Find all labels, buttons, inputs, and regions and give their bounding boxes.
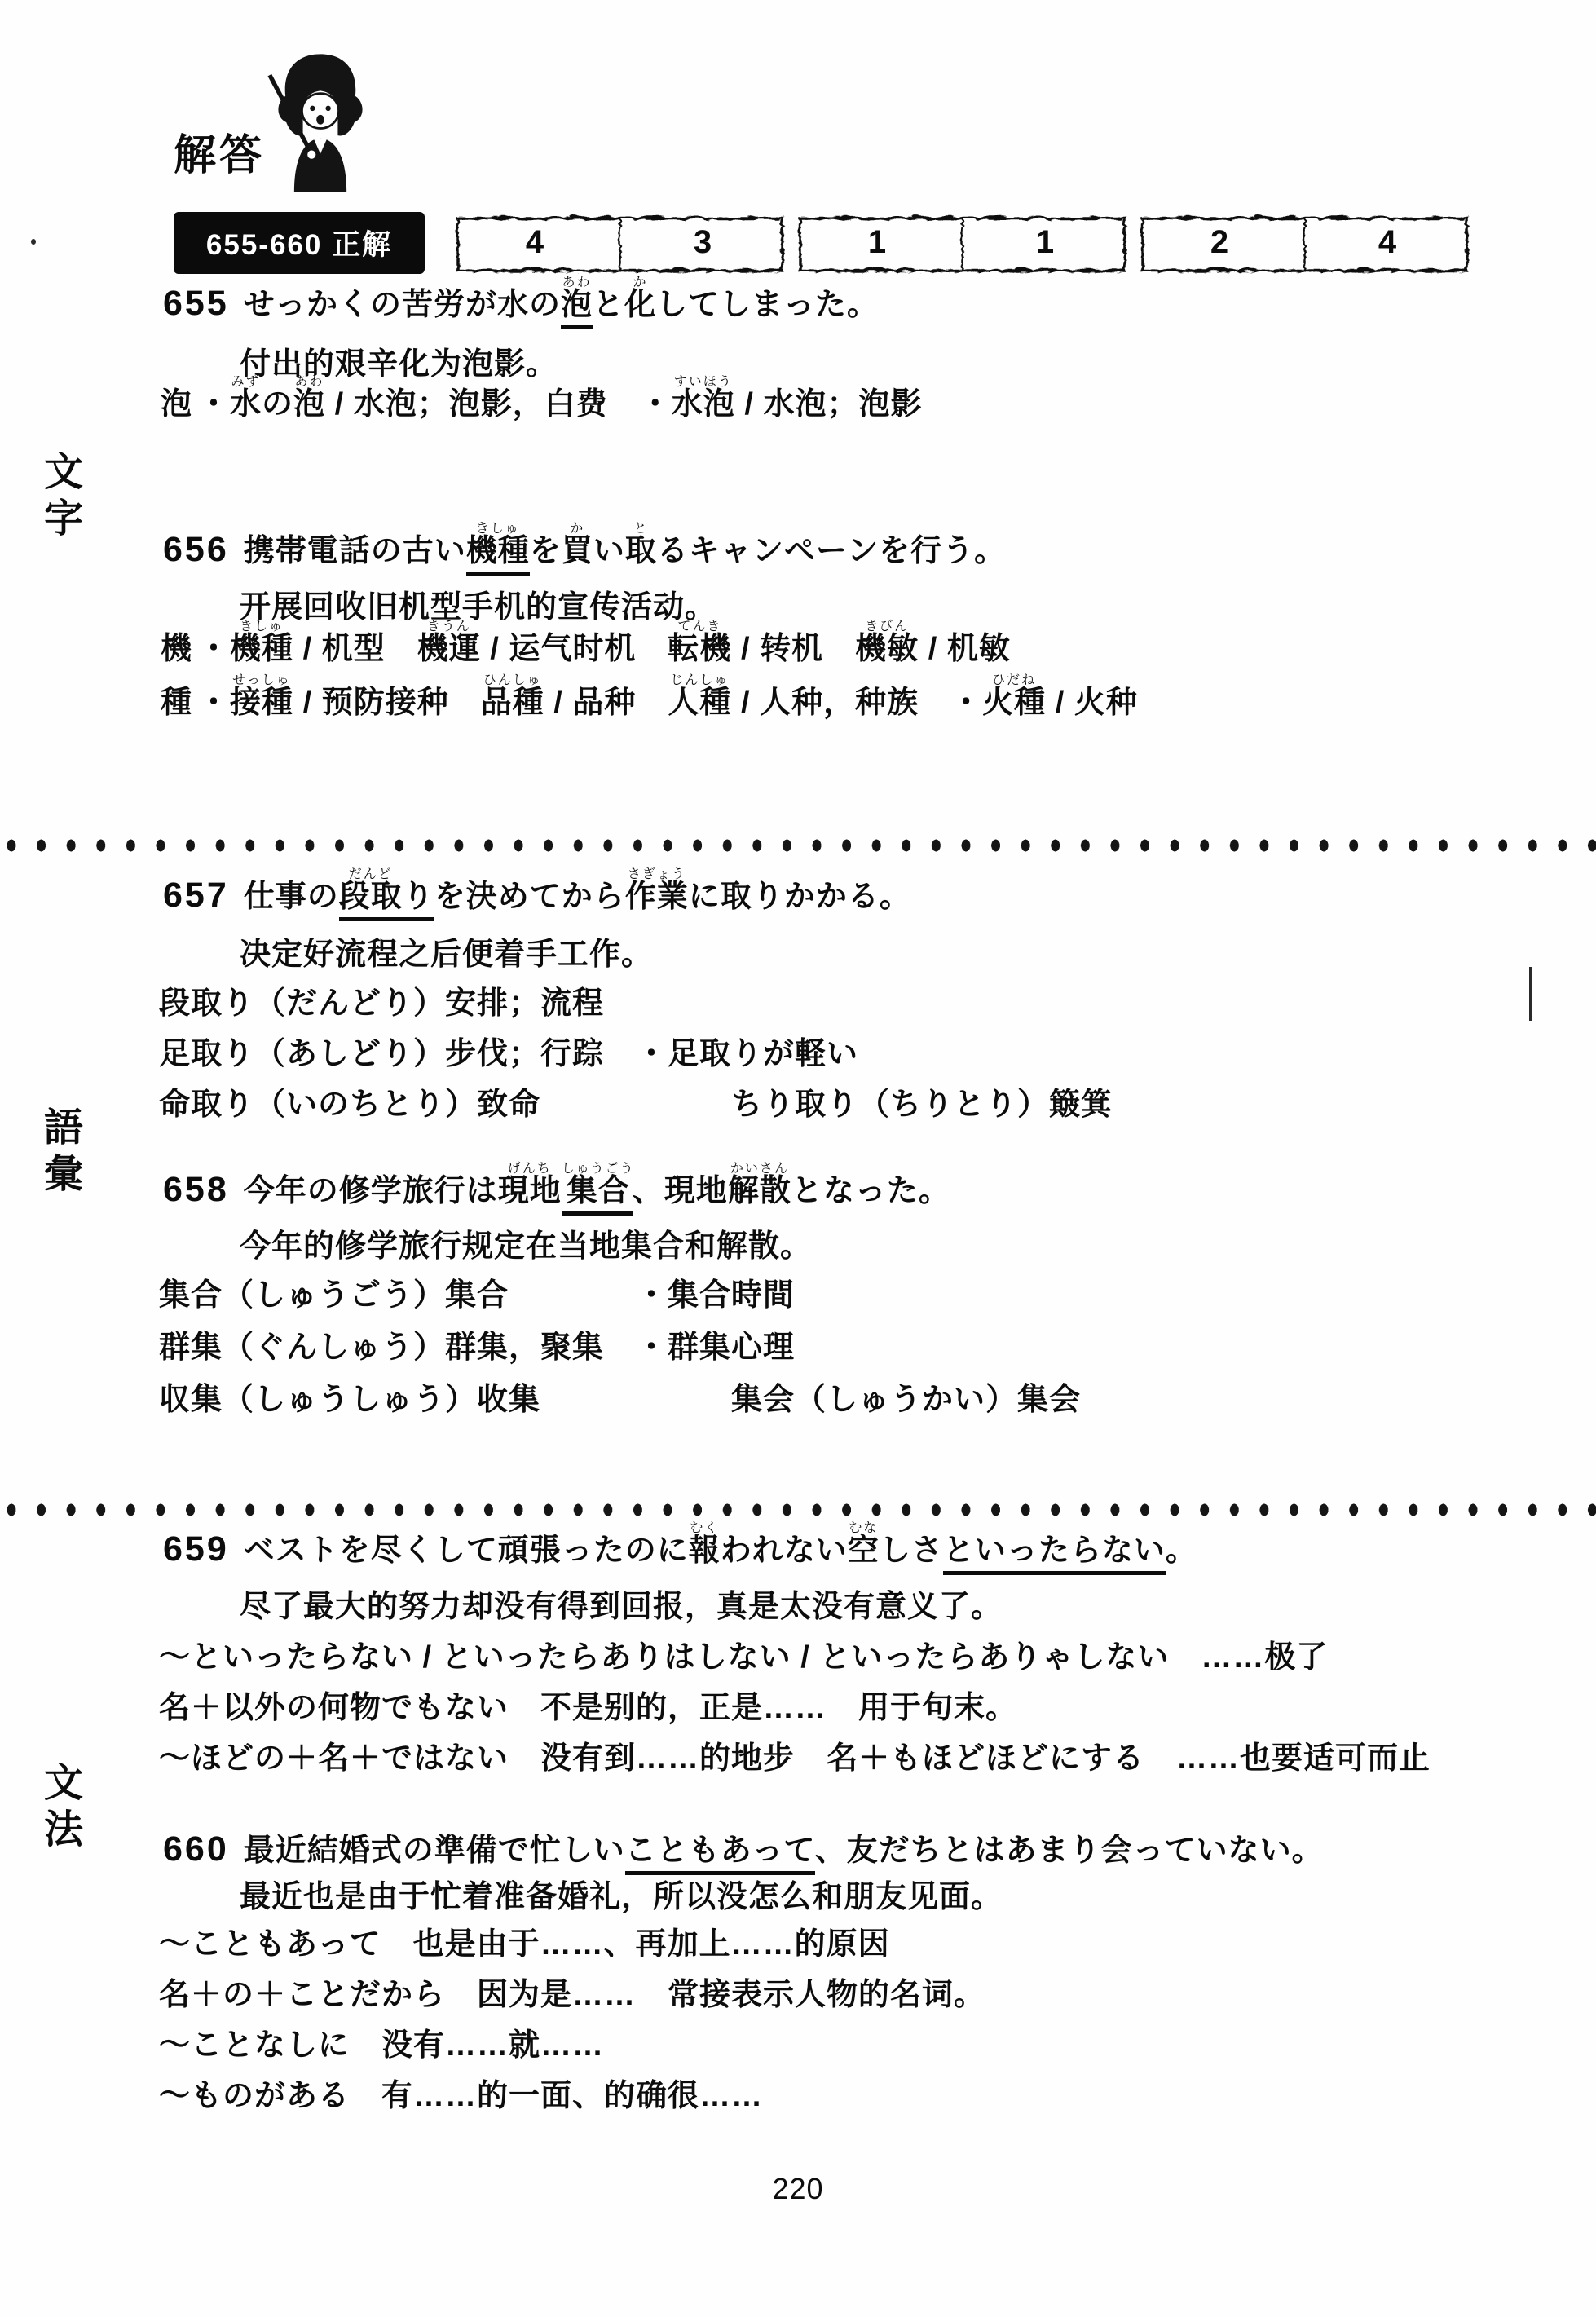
q660-note-1: ～こともあって 也是由于……、再加上……的原因 (159, 1926, 890, 1965)
teacher-girl-icon (259, 51, 381, 194)
section-label-bunpou: 文法 (41, 1761, 86, 1853)
section-label-goi: 語彙 (41, 1106, 86, 1198)
q656-sentence-line: 656携帯電話の古い機種きしゅを買かい取とるキャンペーンを行う。 (163, 522, 1006, 572)
q659-note-3: ～ほどの＋名＋ではない 没有到……的地步 名＋もほどほどにする ……也要适可而止 (159, 1740, 1431, 1779)
q655-note-head: 泡 (161, 386, 198, 425)
q658-sentence: 今年の修学旅行は現地げんち集合しゅうごう、現地解散かいさんとなった。 (244, 1174, 950, 1216)
answer-656: 3 (619, 215, 787, 269)
q660-sentence: 最近結婚式の準備で忙しいこともあって、友だちとはあまり会っていない。 (244, 1834, 1324, 1875)
q660-number: 660 (163, 1829, 229, 1869)
q658-note-1: 集合（しゅうごう）集合 ・集合時間 (159, 1277, 795, 1316)
answers-heading: 解答 (174, 121, 265, 182)
scan-artifact-dot (31, 239, 36, 245)
q658-note-3: 収集（しゅうしゅう）收集 集会（しゅうかい）集会 (159, 1381, 1081, 1420)
answer-box-2: 1 1 (793, 210, 1129, 276)
section-label-moji: 文字 (41, 450, 86, 542)
q655-number: 655 (163, 284, 229, 323)
q656-note-shu: 種・接種せっしゅ / 预防接种 品種ひんしゅ / 品种 人種じんしゅ / 人种，… (161, 673, 1138, 723)
q655-note-awa: 泡・水みずの泡あわ / 水泡；泡影，白费 ・水泡すいほう / 水泡；泡影 (161, 375, 922, 425)
q657-note-2: 足取り（あしどり）步伐；行踪 ・足取りが軽い (159, 1035, 858, 1075)
answer-box-3: 2 4 (1135, 210, 1471, 276)
q656-note-ki: 機・機種きしゅ / 机型 機運きうん / 运气时机 転機てんき / 转机 機敏き… (161, 620, 1011, 669)
q660-sentence-line: 660最近結婚式の準備で忙しいこともあって、友だちとはあまり会っていない。 (163, 1828, 1324, 1872)
q657-sentence: 仕事の段取だんどりを決めてから作業さぎょうに取りかかる。 (244, 880, 911, 921)
q657-translation: 决定好流程之后便着手工作。 (240, 936, 653, 975)
answer-655: 4 (451, 215, 619, 269)
dotted-separator-1 (5, 838, 1596, 853)
q656-note-ki-content: ・機種きしゅ / 机型 機運きうん / 运气时机 転機てんき / 转机 機敏きび… (198, 632, 1011, 666)
q659-note-2: 名＋以外の何物でもない 不是别的，正是…… 用于句末。 (159, 1689, 1017, 1728)
q659-number: 659 (163, 1529, 229, 1569)
answer-659: 2 (1135, 215, 1303, 269)
q660-note-4: ～ものがある 有……的一面、的确很…… (159, 2077, 763, 2116)
right-eye (325, 106, 330, 111)
left-eye (310, 106, 315, 111)
q656-sentence: 携帯電話の古い機種きしゅを買かい取とるキャンペーンを行う。 (244, 534, 1006, 576)
q660-note-2: 名＋の＋ことだから 因为是…… 常接表示人物的名词。 (159, 1976, 985, 2015)
q657-number: 657 (163, 876, 229, 915)
q656-note-shu-content: ・接種せっしゅ / 预防接种 品種ひんしゅ / 品种 人種じんしゅ / 人种，种… (198, 686, 1138, 720)
q655-sentence-line: 655せっかくの苦労が水の泡あわと化かしてしまった。 (163, 276, 879, 326)
q659-sentence: ベストを尽くして頑張ったのに報むくわれない空むなしさといったらない。 (244, 1534, 1197, 1575)
q657-note-3: 命取り（いのちとり）致命 ちり取り（ちりとり）簸箕 (159, 1086, 1113, 1125)
q658-note-2: 群集（ぐんしゅう）群集，聚集 ・群集心理 (159, 1329, 795, 1368)
mouth (316, 115, 324, 125)
q659-translation: 尽了最大的努力却没有得到回报，真是太没有意义了。 (240, 1588, 1003, 1627)
q658-number: 658 (163, 1170, 229, 1209)
page-number: 220 (0, 2172, 1596, 2206)
q658-sentence-line: 658今年の修学旅行は現地げんち集合しゅうごう、現地解散かいさんとなった。 (163, 1162, 950, 1212)
q659-note-1: ～といったらない / といったらありはしない / といったらありゃしない ……极… (159, 1639, 1328, 1678)
q656-note-shu-head: 種 (161, 684, 198, 723)
dotted-separator-2 (5, 1503, 1596, 1517)
answer-658: 1 (961, 215, 1129, 269)
textbook-answer-page: 解答 655-660 正解 4 3 (0, 0, 1596, 2317)
q656-number: 656 (163, 530, 229, 569)
answer-660: 4 (1303, 215, 1471, 269)
q660-note-3: ～ことなしに 没有……就…… (159, 2027, 604, 2066)
q658-translation: 今年的修学旅行规定在当地集合和解散。 (240, 1228, 812, 1267)
q655-sentence: せっかくの苦労が水の泡あわと化かしてしまった。 (244, 288, 879, 329)
answer-657: 1 (793, 215, 961, 269)
q657-sentence-line: 657仕事の段取だんどりを決めてから作業さぎょうに取りかかる。 (163, 867, 911, 918)
answer-box-1: 4 3 (451, 210, 787, 276)
q655-note-content: ・水みずの泡あわ / 水泡；泡影，白费 ・水泡すいほう / 水泡；泡影 (198, 387, 922, 421)
q656-note-ki-head: 機 (161, 630, 198, 669)
hand (306, 149, 317, 160)
q657-note-1: 段取り（だんどり）安排；流程 (159, 985, 604, 1024)
scan-artifact-line (1529, 967, 1532, 1021)
q659-sentence-line: 659ベストを尽くして頑張ったのに報むくわれない空むなしさといったらない。 (163, 1521, 1197, 1572)
q660-translation: 最近也是由于忙着准备婚礼，所以没怎么和朋友见面。 (240, 1878, 1003, 1918)
answer-range-label: 655-660 正解 (174, 212, 425, 274)
teacher-illustration (259, 51, 381, 198)
